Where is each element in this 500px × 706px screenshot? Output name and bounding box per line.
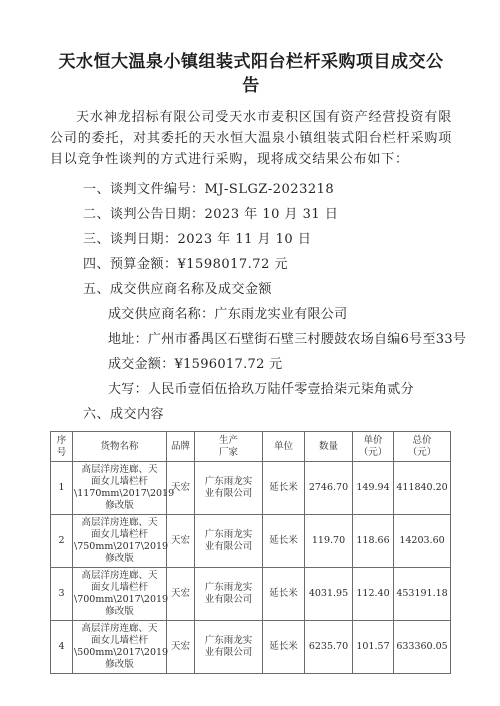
cell-total-price: 14203.60 (394, 515, 451, 568)
header-unit: 单位 (263, 432, 305, 462)
cell-brand: 天宏 (167, 515, 195, 568)
header-quantity: 数量 (305, 432, 353, 462)
cell-brand: 天宏 (167, 462, 195, 515)
cell-quantity: 4031.95 (305, 568, 353, 621)
cell-manufacturer: 广东雨龙实 业有限公司 (195, 515, 263, 568)
cell-unit: 延长米 (263, 462, 305, 515)
cell-serial-no: 1 (51, 462, 73, 515)
cell-unit: 延长米 (263, 621, 305, 674)
table-row: 3 高层洋房连廊、天 面女儿墙栏杆 \700mm\2017\2019 修改版 天… (51, 568, 451, 621)
cell-brand: 天宏 (167, 621, 195, 674)
cell-goods-name: 高层洋房连廊、天 面女儿墙栏杆 \750mm\2017\2019 修改版 (73, 515, 167, 568)
cell-unit-price: 149.94 (353, 462, 394, 515)
header-total-price: 总价 （元） (394, 432, 451, 462)
cell-total-price: 411840.20 (394, 462, 451, 515)
cell-unit-price: 112.40 (353, 568, 394, 621)
table-row: 1 高层洋房连廊、天 面女儿墙栏杆 \1170mm\2017\2019 修改版 … (51, 462, 451, 515)
cell-quantity: 6235.70 (305, 621, 353, 674)
deal-content-table: 序 号 货物名称 品牌 生产 厂家 单位 数量 单价 （元） 总价 （元） 1 … (50, 431, 451, 674)
cell-goods-name: 高层洋房连廊、天 面女儿墙栏杆 \500mm\2017\2019 修改版 (73, 621, 167, 674)
cell-unit-price: 101.57 (353, 621, 394, 674)
deal-amount-words-line: 大写：人民币壹佰伍拾玖万陆仟零壹拾柒元柒角贰分 (50, 377, 452, 402)
cell-serial-no: 2 (51, 515, 73, 568)
header-manufacturer: 生产 厂家 (195, 432, 263, 462)
cell-quantity: 119.70 (305, 515, 353, 568)
table-header-row: 序 号 货物名称 品牌 生产 厂家 单位 数量 单价 （元） 总价 （元） (51, 432, 451, 462)
document-page: 天水恒大温泉小镇组装式阳台栏杆采购项目成交公告 天水神龙招标有限公司受天水市麦积… (0, 0, 500, 706)
cell-total-price: 633360.05 (394, 621, 451, 674)
table-row: 2 高层洋房连廊、天 面女儿墙栏杆 \750mm\2017\2019 修改版 天… (51, 515, 451, 568)
cell-total-price: 453191.18 (394, 568, 451, 621)
header-brand: 品牌 (167, 432, 195, 462)
cell-unit: 延长米 (263, 568, 305, 621)
cell-goods-name: 高层洋房连廊、天 面女儿墙栏杆 \700mm\2017\2019 修改版 (73, 568, 167, 621)
list-item-announcement-date: 二、谈判公告日期：2023 年 10 月 31 日 (50, 202, 452, 227)
deal-amount-line: 成交金额：¥1596017.72 元 (50, 352, 452, 377)
list-item-budget-amount: 四、预算金额：¥1598017.72 元 (50, 252, 452, 277)
cell-serial-no: 3 (51, 568, 73, 621)
list-item-negotiation-doc-no: 一、谈判文件编号：MJ-SLGZ-2023218 (50, 177, 452, 202)
list-item-supplier-section: 五、成交供应商名称及成交金额 (50, 277, 452, 302)
page-title: 天水恒大温泉小镇组装式阳台栏杆采购项目成交公告 (50, 50, 452, 98)
intro-paragraph: 天水神龙招标有限公司受天水市麦积区国有资产经营投资有限公司的委托，对其委托的天水… (50, 107, 452, 170)
header-unit-price: 单价 （元） (353, 432, 394, 462)
cell-unit-price: 118.66 (353, 515, 394, 568)
cell-manufacturer: 广东雨龙实 业有限公司 (195, 621, 263, 674)
cell-manufacturer: 广东雨龙实 业有限公司 (195, 462, 263, 515)
list-item-deal-content-section: 六、成交内容 (50, 402, 452, 427)
cell-serial-no: 4 (51, 621, 73, 674)
header-goods-name: 货物名称 (73, 432, 167, 462)
cell-brand: 天宏 (167, 568, 195, 621)
cell-manufacturer: 广东雨龙实 业有限公司 (195, 568, 263, 621)
supplier-name-line: 成交供应商名称：广东雨龙实业有限公司 (50, 302, 452, 327)
table-row: 4 高层洋房连廊、天 面女儿墙栏杆 \500mm\2017\2019 修改版 天… (51, 621, 451, 674)
cell-quantity: 2746.70 (305, 462, 353, 515)
supplier-address-line: 地址：广州市番禺区石壁街石壁三村腰鼓农场自编6号至33号 (50, 327, 452, 352)
header-serial-no: 序 号 (51, 432, 73, 462)
list-item-negotiation-date: 三、谈判日期：2023 年 11 月 10 日 (50, 227, 452, 252)
cell-goods-name: 高层洋房连廊、天 面女儿墙栏杆 \1170mm\2017\2019 修改版 (73, 462, 167, 515)
cell-unit: 延长米 (263, 515, 305, 568)
